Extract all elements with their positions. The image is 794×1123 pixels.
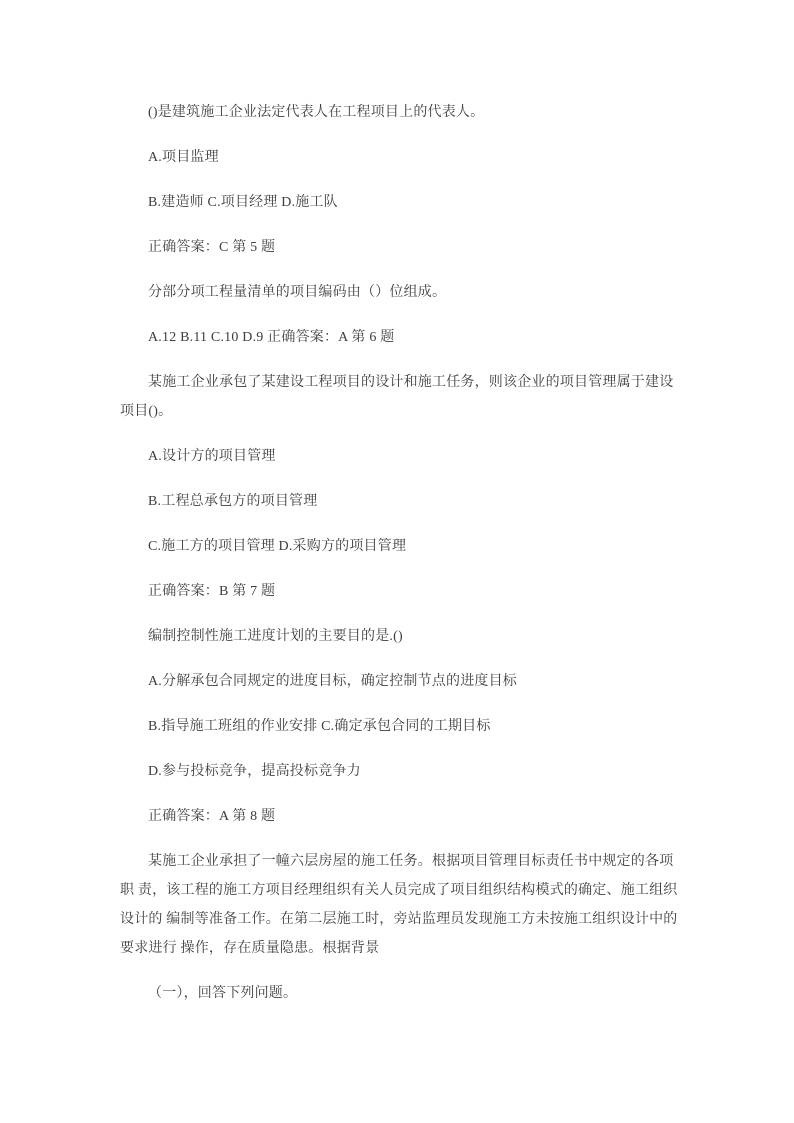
- option-line-a: A.设计方的项目管理: [120, 442, 674, 471]
- option-text: D.参与投标竞争，提高投标竞争力: [120, 757, 674, 786]
- option-text: C.施工方的项目管理 D.采购方的项目管理: [120, 532, 674, 561]
- option-line-b: B.工程总承包方的项目管理: [120, 487, 674, 516]
- option-text: A.设计方的项目管理: [120, 442, 674, 471]
- case-background-line: 某施工企业承担了一幢六层房屋的施工任务。根据项目管理目标责任书中规定的各项: [120, 847, 674, 876]
- answer-text: 正确答案：A 第 8 题: [120, 802, 674, 831]
- options-answer-line-q6: A.12 B.11 C.10 D.9 正确答案：A 第 6 题: [120, 323, 674, 352]
- question-stem: 分部分项工程量清单的项目编码由（）位组成。: [120, 278, 674, 307]
- question-stem-line: 某施工企业承包了某建设工程项目的设计和施工任务，则该企业的项目管理属于建设: [120, 368, 674, 397]
- question-stem-line: 项目()。: [120, 397, 674, 426]
- case-background-line: 设计的 编制等准备工作。在第二层施工时，旁站监理员发现施工方未按施工组织设计中的: [120, 905, 674, 934]
- option-line-a: A.项目监理: [120, 143, 674, 172]
- question-stem-line: ()是建筑施工企业法定代表人在工程项目上的代表人。: [120, 98, 674, 127]
- option-text: B.建造师 C.项目经理 D.施工队: [120, 188, 674, 217]
- question-stem-line: 编制控制性施工进度计划的主要目的是.(): [120, 622, 674, 651]
- question-stem-line: 分部分项工程量清单的项目编码由（）位组成。: [120, 278, 674, 307]
- option-text: A.项目监理: [120, 143, 674, 172]
- option-text: B.工程总承包方的项目管理: [120, 487, 674, 516]
- option-text: A.分解承包合同规定的进度目标，确定控制节点的进度目标: [120, 667, 674, 696]
- document-body: ()是建筑施工企业法定代表人在工程项目上的代表人。 A.项目监理 B.建造师 C…: [120, 98, 674, 1024]
- question-stem: 某施工企业承包了某建设工程项目的设计和施工任务，则该企业的项目管理属于建设 项目…: [120, 368, 674, 426]
- answer-text: 正确答案：C 第 5 题: [120, 233, 674, 262]
- document-page: ()是建筑施工企业法定代表人在工程项目上的代表人。 A.项目监理 B.建造师 C…: [0, 0, 794, 1123]
- answer-line-q5: 正确答案：C 第 5 题: [120, 233, 674, 262]
- case-background-line: 要求进行 操作，存在质量隐患。根据背景: [120, 934, 674, 963]
- answer-line-q8: 正确答案：A 第 8 题: [120, 802, 674, 831]
- options-answer-text: A.12 B.11 C.10 D.9 正确答案：A 第 6 题: [120, 323, 674, 352]
- option-line-a: A.分解承包合同规定的进度目标，确定控制节点的进度目标: [120, 667, 674, 696]
- case-instruction-text: （一），回答下列问题。: [120, 979, 674, 1008]
- case-background-paragraph: 某施工企业承担了一幢六层房屋的施工任务。根据项目管理目标责任书中规定的各项 职 …: [120, 847, 674, 963]
- option-line-cd: C.施工方的项目管理 D.采购方的项目管理: [120, 532, 674, 561]
- option-line-bcd: B.建造师 C.项目经理 D.施工队: [120, 188, 674, 217]
- option-line-bc: B.指导施工班组的作业安排 C.确定承包合同的工期目标: [120, 712, 674, 741]
- answer-line-q7: 正确答案：B 第 7 题: [120, 577, 674, 606]
- case-background-line: 职 责，该工程的施工方项目经理组织有关人员完成了项目组织结构模式的确定、施工组织: [120, 876, 674, 905]
- answer-text: 正确答案：B 第 7 题: [120, 577, 674, 606]
- question-stem: 编制控制性施工进度计划的主要目的是.(): [120, 622, 674, 651]
- option-text: B.指导施工班组的作业安排 C.确定承包合同的工期目标: [120, 712, 674, 741]
- option-line-d: D.参与投标竞争，提高投标竞争力: [120, 757, 674, 786]
- case-instruction-line: （一），回答下列问题。: [120, 979, 674, 1008]
- question-stem: ()是建筑施工企业法定代表人在工程项目上的代表人。: [120, 98, 674, 127]
